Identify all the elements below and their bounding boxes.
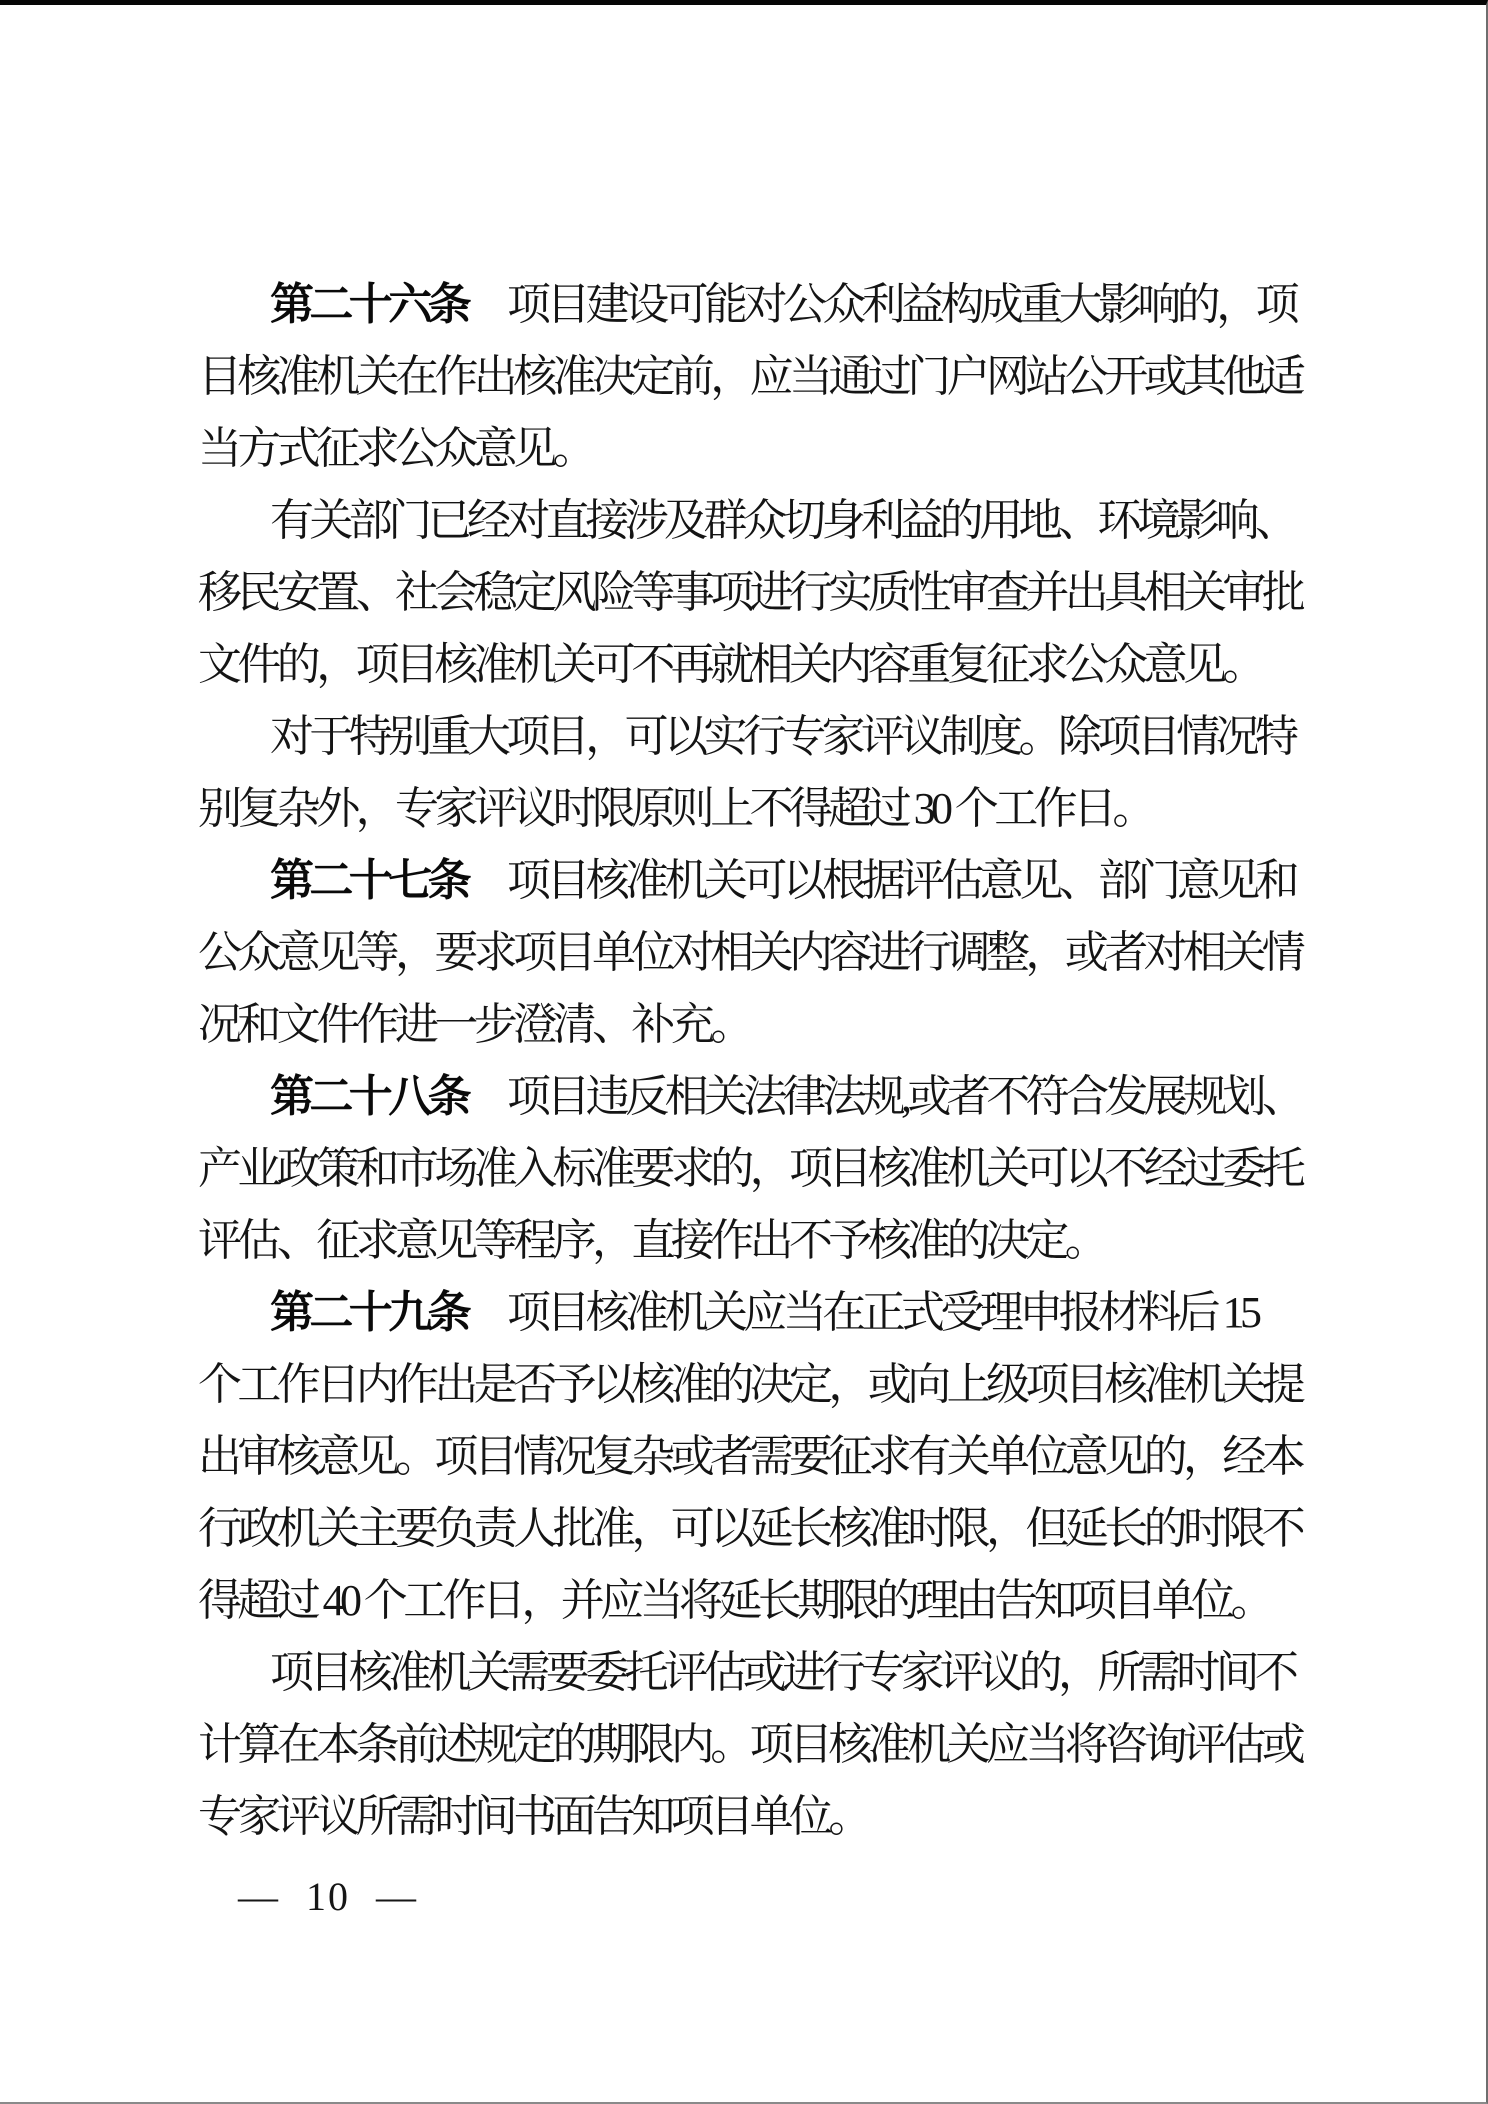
article-line: 第二十七条项目核准机关可以根据评估意见、部门意见和 [198,845,1310,917]
text-line: 个工作日内作出是否予以核准的决定，或向上级项目核准机关提 [198,1349,1310,1421]
line-text: 别复杂外，专家评议时限原则上不得超过 30 个工作日。 [198,784,1152,833]
line-text: 产业政策和市场准入标准要求的，项目核准机关可以不经过委托 [198,1144,1301,1193]
article-number: 第二十六条 [270,280,467,329]
article-number: 第二十七条 [270,856,467,905]
line-text: 行政机关主要负责人批准，可以延长核准时限，但延长的时限不 [198,1504,1301,1553]
line-text: 有关部门已经对直接涉及群众切身利益的用地、环境影响、 [270,496,1294,545]
line-text: 项目核准机关应当在正式受理申报材料后 15 [507,1288,1257,1337]
article-line: 第二十八条项目违反相关法律法规,或者不符合发展规划、 [198,1061,1310,1133]
article-number: 第二十八条 [270,1072,467,1121]
text-line: 计算在本条前述规定的期限内。项目核准机关应当将咨询评估或 [198,1709,1310,1781]
line-text: 当方式征求公众意见。 [198,424,592,473]
text-line: 对于特别重大项目，可以实行专家评议制度。除项目情况特 [198,701,1310,773]
document-body: 第二十六条项目建设可能对公众利益构成重大影响的，项目核准机关在作出核准决定前，应… [198,269,1310,1853]
text-line: 产业政策和市场准入标准要求的，项目核准机关可以不经过委托 [198,1133,1310,1205]
line-text: 公众意见等，要求项目单位对相关内容进行调整，或者对相关情 [198,928,1301,977]
text-line: 移民安置、社会稳定风险等事项进行实质性审查并出具相关审批 [198,557,1310,629]
text-line: 文件的，项目核准机关可不再就相关内容重复征求公众意见。 [198,629,1310,701]
line-text: 目核准机关在作出核准决定前，应当通过门户网站公开或其他适 [198,352,1301,401]
line-text: 项目核准机关需要委托评估或进行专家评议的，所需时间不 [270,1648,1294,1697]
text-line: 评估、征求意见等程序，直接作出不予核准的决定。 [198,1205,1310,1277]
line-text: 专家评议所需时间书面告知项目单位。 [198,1792,868,1841]
line-text: 计算在本条前述规定的期限内。项目核准机关应当将咨询评估或 [198,1720,1301,1769]
article-line: 第二十九条项目核准机关应当在正式受理申报材料后 15 [198,1277,1310,1349]
text-line: 公众意见等，要求项目单位对相关内容进行调整，或者对相关情 [198,917,1310,989]
line-text: 文件的，项目核准机关可不再就相关内容重复征求公众意见。 [198,640,1262,689]
line-text: 项目建设可能对公众利益构成重大影响的，项 [507,280,1295,329]
line-text: 项目违反相关法律法规,或者不符合发展规划、 [507,1072,1301,1121]
text-line: 出审核意见。项目情况复杂或者需要征求有关单位意见的，经本 [198,1421,1310,1493]
text-line: 况和文件作进一步澄清、补充。 [198,989,1310,1061]
line-text: 移民安置、社会稳定风险等事项进行实质性审查并出具相关审批 [198,568,1301,617]
text-line: 当方式征求公众意见。 [198,413,1310,485]
line-text: 得超过 40 个工作日，并应当将延长期限的理由告知项目单位。 [198,1576,1270,1625]
line-text: 出审核意见。项目情况复杂或者需要征求有关单位意见的，经本 [198,1432,1301,1481]
text-line: 目核准机关在作出核准决定前，应当通过门户网站公开或其他适 [198,341,1310,413]
page-number-footer: — 10 — [238,1869,418,1925]
line-text: 评估、征求意见等程序，直接作出不予核准的决定。 [198,1216,1104,1265]
article-number: 第二十九条 [270,1288,467,1337]
text-line: 得超过 40 个工作日，并应当将延长期限的理由告知项目单位。 [198,1565,1310,1637]
article-line: 第二十六条项目建设可能对公众利益构成重大影响的，项 [198,269,1310,341]
line-text: 况和文件作进一步澄清、补充。 [198,1000,750,1049]
line-text: 个工作日内作出是否予以核准的决定，或向上级项目核准机关提 [198,1360,1301,1409]
text-line: 项目核准机关需要委托评估或进行专家评议的，所需时间不 [198,1637,1310,1709]
line-text: 项目核准机关可以根据评估意见、部门意见和 [507,856,1295,905]
text-line: 行政机关主要负责人批准，可以延长核准时限，但延长的时限不 [198,1493,1310,1565]
text-line: 专家评议所需时间书面告知项目单位。 [198,1781,1310,1853]
text-line: 有关部门已经对直接涉及群众切身利益的用地、环境影响、 [198,485,1310,557]
line-text: 对于特别重大项目，可以实行专家评议制度。除项目情况特 [270,712,1294,761]
text-line: 别复杂外，专家评议时限原则上不得超过 30 个工作日。 [198,773,1310,845]
document-page: 第二十六条项目建设可能对公众利益构成重大影响的，项目核准机关在作出核准决定前，应… [0,0,1488,2104]
